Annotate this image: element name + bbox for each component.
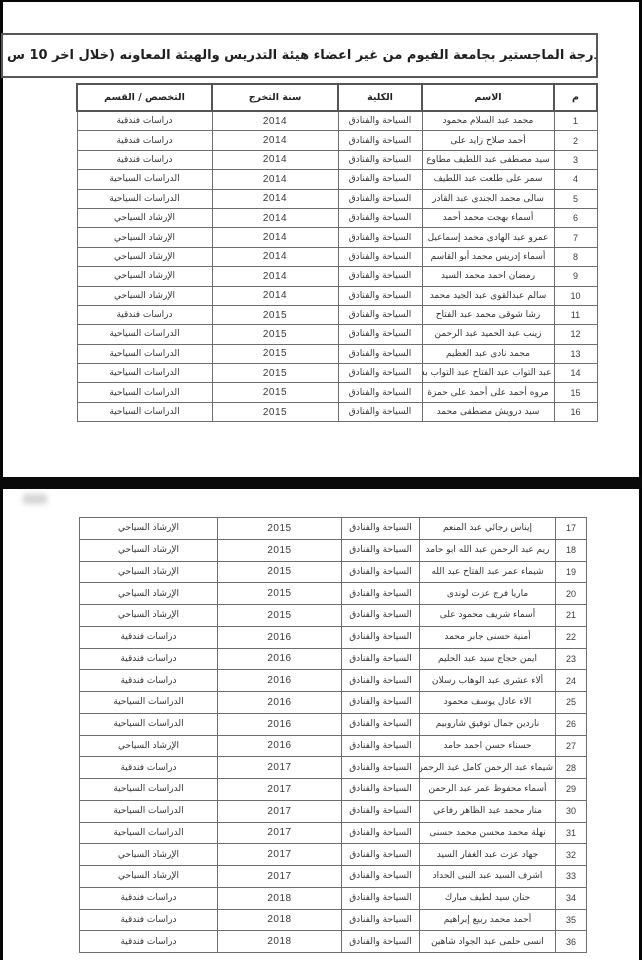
cell-serial: 13 — [554, 344, 597, 363]
table-row: 32جهاد عزت عبد الغفار السيدالسياحة والفن… — [80, 844, 587, 866]
cell-name: أسماء إدريس محمد أبو القاسم — [422, 247, 554, 266]
cell-grad-year: 2016 — [218, 713, 342, 735]
table-row: 36انسى حلمى عبد الجواد شاهينالسياحة والف… — [80, 931, 587, 953]
table-row: 25الاء عادل يوسف محمودالسياحة والفنادق20… — [80, 692, 587, 714]
cell-grad-year: 2015 — [218, 583, 342, 605]
cell-department: الدراسات السياحية — [80, 713, 218, 735]
cell-college: السياحة والفنادق — [342, 670, 420, 692]
cell-serial: 20 — [556, 583, 587, 605]
cell-college: السياحة والفنادق — [342, 648, 420, 670]
cell-college: السياحة والفنادق — [342, 866, 420, 888]
cell-college: السياحة والفنادق — [338, 402, 422, 421]
cell-college: السياحة والفنادق — [338, 131, 422, 150]
cell-college: السياحة والفنادق — [342, 735, 420, 757]
cell-name: عمرو عبد الهادى محمد إسماعيل — [422, 228, 554, 247]
cell-grad-year: 2014 — [212, 228, 338, 247]
cell-name: زينب عبد الحميد عبد الرحمن — [422, 325, 554, 344]
cell-grad-year: 2016 — [218, 626, 342, 648]
cell-serial: 26 — [556, 713, 587, 735]
cell-name: منار محمد عبد الظاهر رفاعي — [420, 800, 556, 822]
cell-name: حسناء حسن احمد حامد — [420, 735, 556, 757]
cell-department: دراسات فندقية — [80, 931, 218, 953]
cell-serial: 16 — [554, 402, 597, 421]
cell-name: أسماء بهجت محمد أحمد — [422, 208, 554, 227]
cell-college: السياحة والفنادق — [342, 800, 420, 822]
cell-serial: 19 — [556, 561, 587, 583]
table-row: 6أسماء بهجت محمد أحمدالسياحة والفنادق201… — [77, 208, 597, 227]
table-row: 16سيد درويش مصطفى محمدالسياحة والفنادق20… — [77, 402, 597, 421]
cell-department: الإرشاد السياحي — [80, 539, 218, 561]
cell-name: عبد التواب عبد الفتاح عبد التواب بسيونى — [422, 364, 554, 383]
cell-name: رشا شوقى محمد عبد الفتاح — [422, 305, 554, 324]
cell-grad-year: 2018 — [218, 931, 342, 953]
cell-serial: 35 — [556, 909, 587, 931]
cell-name: ريم عبد الرحمن عبد الله ابو حامد — [420, 539, 556, 561]
cell-name: اشرف السيد عبد النبى الحداد — [420, 866, 556, 888]
cell-grad-year: 2014 — [212, 247, 338, 266]
cell-department: الإرشاد السياحي — [80, 518, 218, 540]
cell-serial: 21 — [556, 605, 587, 627]
table-row: 12زينب عبد الحميد عبد الرحمنالسياحة والف… — [77, 325, 597, 344]
cell-department: الإرشاد السياحي — [77, 228, 212, 247]
cell-serial: 8 — [554, 247, 597, 266]
cell-grad-year: 2018 — [218, 909, 342, 931]
cell-department: دراسات فندقية — [80, 670, 218, 692]
cell-grad-year: 2014 — [212, 267, 338, 286]
cell-grad-year: 2017 — [218, 866, 342, 888]
cell-grad-year: 2014 — [212, 150, 338, 169]
cell-serial: 36 — [556, 931, 587, 953]
graduates-table-page2: 17إيناس رجائي عبد المنعمالسياحة والفنادق… — [79, 517, 587, 953]
cell-name: أسماء شريف محمود على — [420, 605, 556, 627]
cell-serial: 31 — [556, 822, 587, 844]
cell-department: الدراسات السياحية — [80, 692, 218, 714]
table-row: 27حسناء حسن احمد حامدالسياحة والفنادق201… — [80, 735, 587, 757]
cell-grad-year: 2016 — [218, 735, 342, 757]
cell-department: الإرشاد السياحي — [80, 866, 218, 888]
graduates-table-page1: م الاسم الكلية سنة التخرج التخصص / القسم… — [76, 83, 598, 422]
table-row: 28شيماء عبد الرحمن كامل عبد الرحمنالسياح… — [80, 757, 587, 779]
cell-serial: 27 — [556, 735, 587, 757]
table-row: 9رمضان احمد محمد السيدالسياحة والفنادق20… — [77, 267, 597, 286]
cell-department: الإرشاد السياحي — [80, 844, 218, 866]
cell-name: ألاء عشرى عبد الوهاب رسلان — [420, 670, 556, 692]
table-row: 5سالى محمد الجندى عبد القادرالسياحة والف… — [77, 189, 597, 208]
cell-serial: 17 — [556, 518, 587, 540]
cell-grad-year: 2016 — [218, 670, 342, 692]
cell-department: الإرشاد السياحي — [80, 735, 218, 757]
cell-college: السياحة والفنادق — [342, 605, 420, 627]
cell-department: الدراسات السياحية — [77, 344, 212, 363]
cell-department: دراسات فندقية — [80, 909, 218, 931]
cell-serial: 10 — [554, 286, 597, 305]
cell-grad-year: 2014 — [212, 208, 338, 227]
cell-serial: 7 — [554, 228, 597, 247]
page-sheet-2: 17إيناس رجائي عبد المنعمالسياحة والفنادق… — [3, 489, 639, 960]
cell-serial: 34 — [556, 887, 587, 909]
table-row: 7عمرو عبد الهادى محمد إسماعيلالسياحة وال… — [77, 228, 597, 247]
cell-serial: 3 — [554, 150, 597, 169]
cell-college: السياحة والفنادق — [342, 844, 420, 866]
cell-serial: 11 — [554, 305, 597, 324]
cell-name: ماريا فرج عزت لوندى — [420, 583, 556, 605]
cell-department: الدراسات السياحية — [77, 170, 212, 189]
document-title: ببيانات الحاصلين على درجة الماجستير بجام… — [1, 33, 598, 78]
cell-grad-year: 2015 — [218, 561, 342, 583]
cell-name: انسى حلمى عبد الجواد شاهين — [420, 931, 556, 953]
cell-grad-year: 2014 — [212, 286, 338, 305]
cell-name: سالى محمد الجندى عبد القادر — [422, 189, 554, 208]
cell-department: الإرشاد السياحي — [80, 605, 218, 627]
table-row: 21أسماء شريف محمود علىالسياحة والفنادق20… — [80, 605, 587, 627]
cell-serial: 6 — [554, 208, 597, 227]
cell-department: دراسات فندقية — [80, 887, 218, 909]
cell-grad-year: 2015 — [212, 344, 338, 363]
table-row: 24ألاء عشرى عبد الوهاب رسلانالسياحة والف… — [80, 670, 587, 692]
column-header-college: الكلية — [338, 84, 422, 111]
page-separator — [0, 477, 642, 489]
table-row: 3سيد مصطفى عبد اللطيف مطاوعالسياحة والفن… — [77, 150, 597, 169]
table-row: 14عبد التواب عبد الفتاح عبد التواب بسيون… — [77, 364, 597, 383]
cell-college: السياحة والفنادق — [342, 692, 420, 714]
cell-department: الدراسات السياحية — [77, 189, 212, 208]
cell-grad-year: 2018 — [218, 887, 342, 909]
cell-department: دراسات فندقية — [77, 305, 212, 324]
cell-college: السياحة والفنادق — [342, 583, 420, 605]
cell-grad-year: 2015 — [212, 402, 338, 421]
scanned-document: ببيانات الحاصلين على درجة الماجستير بجام… — [0, 0, 642, 960]
table-row: 13محمد نادى عبد العظيمالسياحة والفنادق20… — [77, 344, 597, 363]
cell-department: الدراسات السياحية — [77, 325, 212, 344]
cell-name: أمنية حسنى جابر محمد — [420, 626, 556, 648]
table-row: 34حنان سيد لطيف مباركالسياحة والفنادق201… — [80, 887, 587, 909]
cell-department: الدراسات السياحية — [77, 402, 212, 421]
scan-artifact — [23, 494, 47, 504]
table-row: 10سالم عبدالقوى عبد الجيد محمدالسياحة وا… — [77, 286, 597, 305]
cell-college: السياحة والفنادق — [338, 364, 422, 383]
cell-department: الإرشاد السياحي — [77, 267, 212, 286]
cell-serial: 15 — [554, 383, 597, 402]
cell-name: مروه أحمد على أحمد على حمزة — [422, 383, 554, 402]
cell-serial: 24 — [556, 670, 587, 692]
table-row: 20ماريا فرج عزت لوندىالسياحة والفنادق201… — [80, 583, 587, 605]
cell-grad-year: 2015 — [212, 305, 338, 324]
cell-name: أسماء محفوظ عمر عبد الرحمن — [420, 779, 556, 801]
table-row: 8أسماء إدريس محمد أبو القاسمالسياحة والف… — [77, 247, 597, 266]
cell-name: أحمد محمد ربيع إبراهيم — [420, 909, 556, 931]
table-row: 11رشا شوقى محمد عبد الفتاحالسياحة والفنا… — [77, 305, 597, 324]
table-row: 4سمر على طلعت عبد اللطيفالسياحة والفنادق… — [77, 170, 597, 189]
cell-department: الإرشاد السياحي — [77, 286, 212, 305]
cell-name: ناردين جمال توفيق شاروبيم — [420, 713, 556, 735]
column-header-department: التخصص / القسم — [77, 84, 212, 111]
table-row: 29أسماء محفوظ عمر عبد الرحمنالسياحة والف… — [80, 779, 587, 801]
cell-college: السياحة والفنادق — [338, 286, 422, 305]
table-row: 26ناردين جمال توفيق شاروبيمالسياحة والفن… — [80, 713, 587, 735]
table-row: 18ريم عبد الرحمن عبد الله ابو حامدالسياح… — [80, 539, 587, 561]
cell-grad-year: 2014 — [212, 131, 338, 150]
cell-college: السياحة والفنادق — [342, 909, 420, 931]
cell-college: السياحة والفنادق — [342, 822, 420, 844]
cell-serial: 1 — [554, 111, 597, 131]
cell-grad-year: 2014 — [212, 170, 338, 189]
cell-department: دراسات فندقية — [80, 626, 218, 648]
cell-department: الدراسات السياحية — [80, 822, 218, 844]
cell-serial: 33 — [556, 866, 587, 888]
cell-name: الاء عادل يوسف محمود — [420, 692, 556, 714]
cell-department: الإرشاد السياحي — [80, 561, 218, 583]
cell-grad-year: 2017 — [218, 757, 342, 779]
cell-grad-year: 2015 — [212, 325, 338, 344]
cell-department: دراسات فندقية — [80, 757, 218, 779]
cell-department: الدراسات السياحية — [77, 364, 212, 383]
cell-grad-year: 2015 — [218, 605, 342, 627]
cell-serial: 25 — [556, 692, 587, 714]
cell-college: السياحة والفنادق — [338, 208, 422, 227]
table-row: 15مروه أحمد على أحمد على حمزةالسياحة وال… — [77, 383, 597, 402]
cell-name: حنان سيد لطيف مبارك — [420, 887, 556, 909]
cell-college: السياحة والفنادق — [342, 779, 420, 801]
cell-serial: 29 — [556, 779, 587, 801]
table-row: 33اشرف السيد عبد النبى الحدادالسياحة وال… — [80, 866, 587, 888]
cell-department: الإرشاد السياحي — [77, 208, 212, 227]
cell-grad-year: 2017 — [218, 822, 342, 844]
cell-college: السياحة والفنادق — [338, 150, 422, 169]
cell-grad-year: 2017 — [218, 800, 342, 822]
cell-name: سيد درويش مصطفى محمد — [422, 402, 554, 421]
cell-college: السياحة والفنادق — [342, 713, 420, 735]
cell-college: السياحة والفنادق — [338, 383, 422, 402]
table-row: 2أحمد صلاح زايد علىالسياحة والفنادق2014د… — [77, 131, 597, 150]
cell-college: السياحة والفنادق — [342, 561, 420, 583]
cell-grad-year: 2014 — [212, 189, 338, 208]
cell-name: جهاد عزت عبد الغفار السيد — [420, 844, 556, 866]
cell-serial: 30 — [556, 800, 587, 822]
cell-college: السياحة والفنادق — [338, 325, 422, 344]
cell-college: السياحة والفنادق — [338, 305, 422, 324]
cell-department: الإرشاد السياحي — [80, 583, 218, 605]
cell-department: دراسات فندقية — [77, 111, 212, 131]
cell-name: ايمن حجاج سيد عبد الحليم — [420, 648, 556, 670]
page-sheet-1: ببيانات الحاصلين على درجة الماجستير بجام… — [3, 2, 639, 477]
cell-serial: 28 — [556, 757, 587, 779]
cell-serial: 14 — [554, 364, 597, 383]
table-row: 19شيماء عمر عبد الفتاح عبد اللهالسياحة و… — [80, 561, 587, 583]
cell-college: السياحة والفنادق — [338, 189, 422, 208]
cell-name: محمد نادى عبد العظيم — [422, 344, 554, 363]
cell-grad-year: 2017 — [218, 844, 342, 866]
cell-department: الدراسات السياحية — [77, 383, 212, 402]
cell-grad-year: 2015 — [218, 539, 342, 561]
cell-serial: 9 — [554, 267, 597, 286]
cell-name: شيماء عمر عبد الفتاح عبد الله — [420, 561, 556, 583]
cell-serial: 12 — [554, 325, 597, 344]
cell-grad-year: 2014 — [212, 111, 338, 131]
cell-name: سمر على طلعت عبد اللطيف — [422, 170, 554, 189]
cell-name: أحمد صلاح زايد على — [422, 131, 554, 150]
cell-name: محمد عبد السلام محمود — [422, 111, 554, 131]
cell-serial: 5 — [554, 189, 597, 208]
cell-name: سيد مصطفى عبد اللطيف مطاوع — [422, 150, 554, 169]
cell-grad-year: 2015 — [218, 518, 342, 540]
table-row: 30منار محمد عبد الظاهر رفاعيالسياحة والف… — [80, 800, 587, 822]
cell-serial: 23 — [556, 648, 587, 670]
table-row: 35أحمد محمد ربيع إبراهيمالسياحة والفنادق… — [80, 909, 587, 931]
cell-college: السياحة والفنادق — [338, 247, 422, 266]
cell-college: السياحة والفنادق — [342, 931, 420, 953]
cell-department: دراسات فندقية — [80, 648, 218, 670]
cell-grad-year: 2015 — [212, 383, 338, 402]
cell-college: السياحة والفنادق — [338, 228, 422, 247]
cell-serial: 18 — [556, 539, 587, 561]
cell-department: الدراسات السياحية — [80, 800, 218, 822]
cell-grad-year: 2017 — [218, 779, 342, 801]
cell-college: السياحة والفنادق — [338, 170, 422, 189]
cell-college: السياحة والفنادق — [338, 267, 422, 286]
cell-college: السياحة والفنادق — [342, 626, 420, 648]
cell-college: السياحة والفنادق — [342, 539, 420, 561]
cell-college: السياحة والفنادق — [338, 111, 422, 131]
cell-serial: 22 — [556, 626, 587, 648]
cell-college: السياحة والفنادق — [342, 518, 420, 540]
column-header-serial: م — [554, 84, 597, 111]
cell-serial: 32 — [556, 844, 587, 866]
header-row: م الاسم الكلية سنة التخرج التخصص / القسم — [77, 84, 597, 111]
cell-college: السياحة والفنادق — [338, 344, 422, 363]
cell-grad-year: 2015 — [212, 364, 338, 383]
column-header-name: الاسم — [422, 84, 554, 111]
table-row: 1محمد عبد السلام محمودالسياحة والفنادق20… — [77, 111, 597, 131]
cell-grad-year: 2016 — [218, 692, 342, 714]
table-row: 22أمنية حسنى جابر محمدالسياحة والفنادق20… — [80, 626, 587, 648]
table-row: 17إيناس رجائي عبد المنعمالسياحة والفنادق… — [80, 518, 587, 540]
table-row: 31نهلة محمد محسن محمد حسنىالسياحة والفنا… — [80, 822, 587, 844]
column-header-grad-year: سنة التخرج — [212, 84, 338, 111]
cell-name: سالم عبدالقوى عبد الجيد محمد — [422, 286, 554, 305]
cell-department: الإرشاد السياحي — [77, 247, 212, 266]
cell-serial: 2 — [554, 131, 597, 150]
cell-name: إيناس رجائي عبد المنعم — [420, 518, 556, 540]
cell-serial: 4 — [554, 170, 597, 189]
cell-college: السياحة والفنادق — [342, 887, 420, 909]
cell-grad-year: 2016 — [218, 648, 342, 670]
table-row: 23ايمن حجاج سيد عبد الحليمالسياحة والفنا… — [80, 648, 587, 670]
cell-department: دراسات فندقية — [77, 150, 212, 169]
cell-name: رمضان احمد محمد السيد — [422, 267, 554, 286]
cell-college: السياحة والفنادق — [342, 757, 420, 779]
cell-department: دراسات فندقية — [77, 131, 212, 150]
cell-name: نهلة محمد محسن محمد حسنى — [420, 822, 556, 844]
cell-department: الدراسات السياحية — [80, 779, 218, 801]
cell-name: شيماء عبد الرحمن كامل عبد الرحمن — [420, 757, 556, 779]
